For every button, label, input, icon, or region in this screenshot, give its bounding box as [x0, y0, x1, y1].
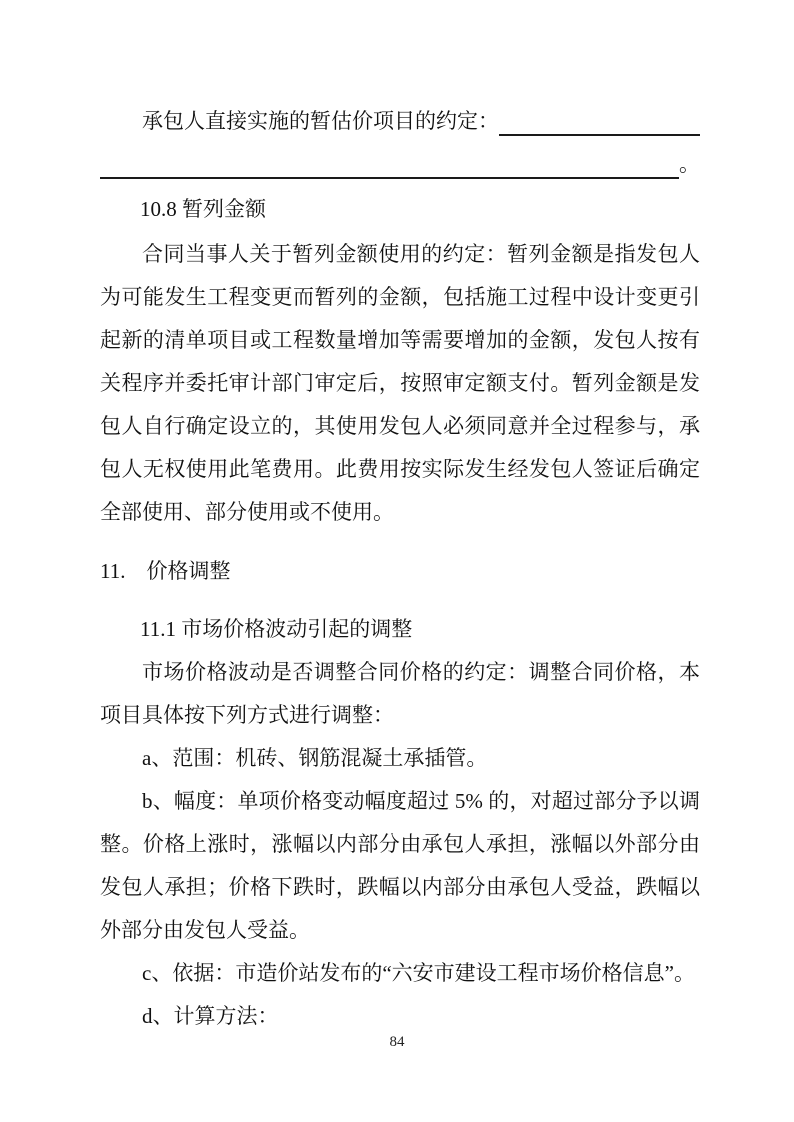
list-item-b: b、幅度：单项价格变动幅度超过 5% 的，对超过部分予以调整。价格上涨时，涨幅以…: [100, 780, 700, 952]
list-item-a: a、范围：机砖、钢筋混凝土承插管。: [100, 737, 700, 780]
sentence-period: 。: [679, 143, 700, 186]
fill-in-blank-line: [100, 177, 679, 179]
blank-clause-line-2: 。: [100, 143, 700, 186]
heading-10-8: 10.8 暂列金额: [100, 188, 700, 231]
contract-text-body: 承包人直接实施的暂估价项目的约定： 。 10.8 暂列金额 合同当事人关于暂列金…: [100, 100, 700, 1038]
para-10-8-body: 合同当事人关于暂列金额使用的约定：暂列金额是指发包人为可能发生工程变更而暂列的金…: [100, 233, 700, 534]
blank-clause-line-1: 承包人直接实施的暂估价项目的约定：: [100, 100, 700, 143]
page-number: 84: [0, 1032, 794, 1052]
heading-11-1: 11.1 市场价格波动引起的调整: [100, 608, 700, 651]
document-page: 承包人直接实施的暂估价项目的约定： 。 10.8 暂列金额 合同当事人关于暂列金…: [0, 0, 794, 1122]
para-11-1-intro: 市场价格波动是否调整合同价格的约定：调整合同价格，本项目具体按下列方式进行调整：: [100, 651, 700, 737]
heading-11: 11. 价格调整: [100, 550, 700, 593]
list-item-c: c、依据：市造价站发布的“六安市建设工程市场价格信息”。: [100, 952, 700, 995]
blank-clause-label: 承包人直接实施的暂估价项目的约定：: [100, 100, 499, 143]
fill-in-blank-line: [499, 134, 700, 136]
